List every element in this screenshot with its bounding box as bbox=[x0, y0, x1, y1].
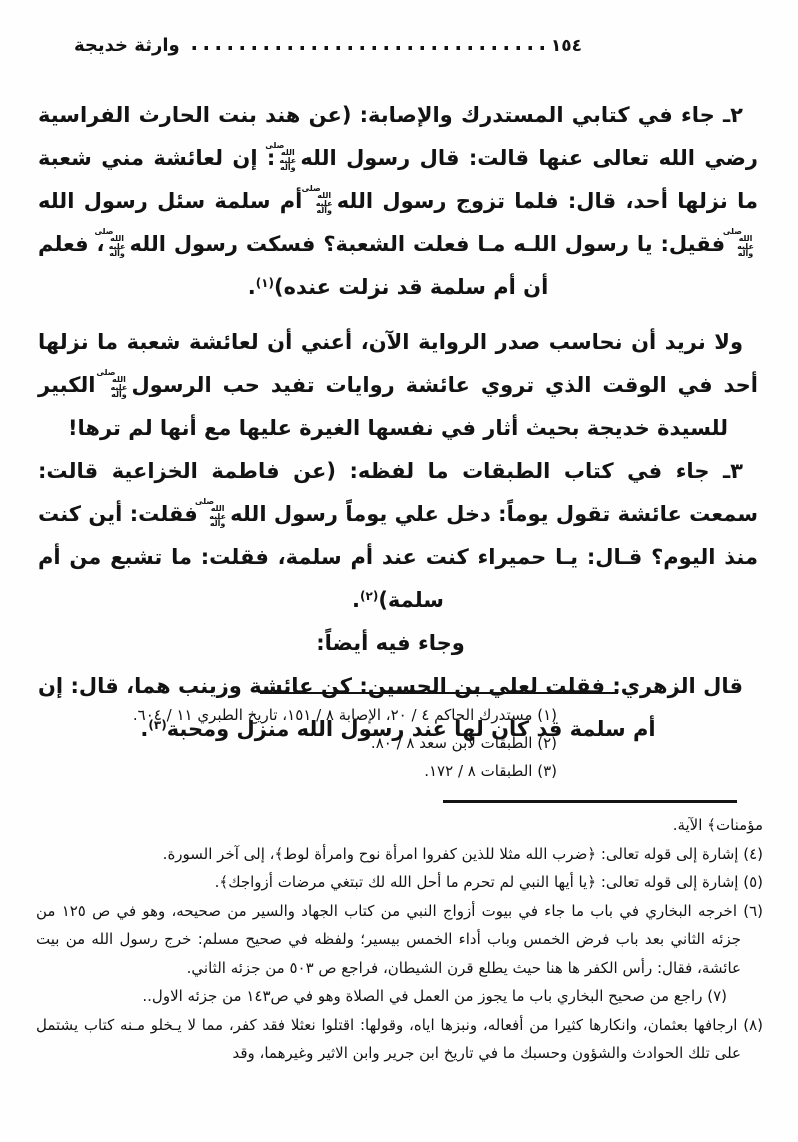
footnotes-secondary: مؤمنات﴾ الآية. (٤) إشارة إلى قوله تعالى:… bbox=[36, 811, 763, 1068]
footnote-separator-secondary bbox=[443, 800, 737, 803]
book-page: ١٥٤ وارثة خديجة ٢ـ جاء في كتابي المستدرك… bbox=[0, 0, 798, 1142]
pbuh-honorific-symbol: صلى الله عليه وآله bbox=[276, 142, 299, 172]
page-header: ١٥٤ وارثة خديجة bbox=[74, 29, 582, 56]
pbuh-honorific-symbol: صلى الله عليه وآله bbox=[313, 185, 336, 215]
dotted-leader bbox=[187, 46, 544, 50]
footnote-item: (٨) ارجافها بعثمان، وانكارها كثيرا من أف… bbox=[36, 1011, 763, 1068]
footnote-item: (٧) راجع من صحيح البخاري باب ما يجوز من … bbox=[36, 982, 763, 1011]
footnote-item: (١) مستدرك الحاكم ٤ / ٢٠، الإصابة ٨ / ١٥… bbox=[97, 701, 557, 729]
body-text: ٢ـ جاء في كتابي المستدرك والإصابة: (عن ه… bbox=[38, 94, 758, 751]
footnote-ref: (٢) bbox=[360, 589, 378, 603]
paragraph: ولا نريد أن نحاسب صدر الرواية الآن، أعني… bbox=[38, 321, 758, 450]
paragraph: وجاء فيه أيضاً: bbox=[38, 622, 758, 665]
footnote-item: (٣) الطبقات ٨ / ١٧٢. bbox=[97, 757, 557, 785]
pbuh-honorific-symbol: صلى الله عليه وآله bbox=[206, 498, 229, 528]
footnote-separator-primary bbox=[260, 692, 618, 694]
page-number: ١٥٤ bbox=[551, 36, 582, 56]
paragraph: ٣ـ جاء في كتاب الطبقات ما لفظه: (عن فاطم… bbox=[38, 450, 758, 622]
footnote-item: (٦) اخرجه البخاري في باب ما جاء في بيوت … bbox=[36, 897, 763, 983]
pbuh-honorific-symbol: صلى الله عليه وآله bbox=[107, 369, 130, 399]
pbuh-honorific-symbol: صلى الله عليه وآله bbox=[106, 228, 129, 258]
pbuh-honorific-symbol: صلى الله عليه وآله bbox=[734, 228, 757, 258]
footnote-continuation: مؤمنات﴾ الآية. bbox=[36, 811, 763, 840]
footnote-item: (٢) الطبقات لابن سعد ٨ / ٨٠. bbox=[97, 729, 557, 757]
paragraph: ٢ـ جاء في كتابي المستدرك والإصابة: (عن ه… bbox=[38, 94, 758, 309]
running-title: وارثة خديجة bbox=[74, 35, 180, 56]
footnotes-primary: (١) مستدرك الحاكم ٤ / ٢٠، الإصابة ٨ / ١٥… bbox=[97, 701, 557, 785]
footnote-ref: (١) bbox=[256, 276, 274, 290]
footnote-item: (٥) إشارة إلى قوله تعالى: ﴿يا أيها النبي… bbox=[36, 868, 763, 897]
footnote-item: (٤) إشارة إلى قوله تعالى: ﴿ضرب الله مثلا… bbox=[36, 840, 763, 869]
